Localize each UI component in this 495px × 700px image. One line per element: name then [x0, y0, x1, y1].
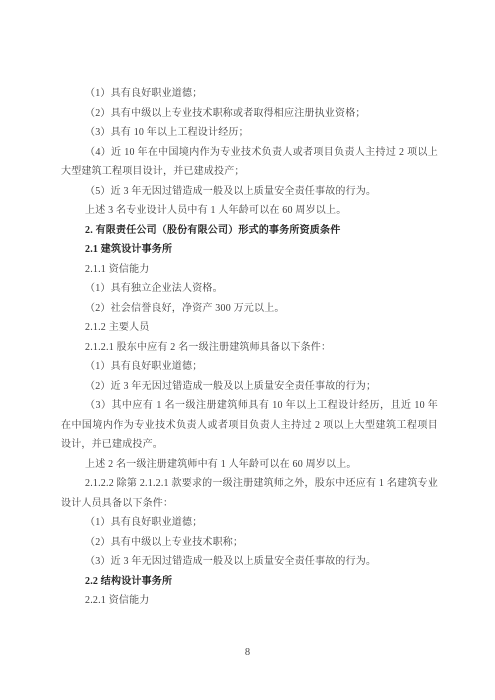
subsection-heading-2-2-1: 2.2.1 资信能力 [61, 591, 438, 611]
clause-item-5: （5）近 3 年无因过错造成一般及以上质量安全责任事故的行为。 [61, 182, 438, 202]
section-heading-2-2: 2.2 结构设计事务所 [61, 572, 438, 592]
clause-item-architect-1: （1）具有良好职业道德； [61, 357, 438, 377]
subsection-heading-2-1-1: 2.1.1 资信能力 [61, 260, 438, 280]
subsection-2-1-2-2: 2.1.2.2 除第 2.1.2.1 款要求的一级注册建筑师之外，股东中还应有 … [61, 474, 438, 513]
subsection-heading-2-1-2: 2.1.2 主要人员 [61, 318, 438, 338]
clause-item-3: （3）具有 10 年以上工程设计经历； [61, 123, 438, 143]
clause-item-credit-2: （2）社会信誉良好，净资产 300 万元以上。 [61, 299, 438, 319]
document-content: （1）具有良好职业道德； （2）具有中级以上专业技术职称或者取得相应注册执业资格… [61, 84, 438, 611]
clause-item-architect-3: （3）其中应有 1 名一级注册建筑师具有 10 年以上工程设计经历，且近 10 … [61, 396, 438, 455]
clause-item-4: （4）近 10 年在中国境内作为专业技术负责人或者项目负责人主持过 2 项以上大… [61, 143, 438, 182]
subsection-2-1-2-1: 2.1.2.1 股东中应有 2 名一级注册建筑师具备以下条件： [61, 338, 438, 358]
clause-item-architect-2: （2）近 3 年无因过错造成一般及以上质量安全责任事故的行为； [61, 377, 438, 397]
clause-item-designer-3: （3）近 3 年无因过错造成一般及以上质量安全责任事故的行为。 [61, 552, 438, 572]
note-age-paragraph-2: 上述 2 名一级注册建筑师中有 1 人年龄可以在 60 周岁以上。 [61, 455, 438, 475]
document-page: （1）具有良好职业道德； （2）具有中级以上专业技术职称或者取得相应注册执业资格… [0, 0, 495, 700]
clause-item-designer-1: （1）具有良好职业道德； [61, 513, 438, 533]
page-number: 8 [0, 647, 495, 658]
clause-item-2: （2）具有中级以上专业技术职称或者取得相应注册执业资格； [61, 104, 438, 124]
clause-item-designer-2: （2）具有中级以上专业技术职称； [61, 533, 438, 553]
clause-item-1: （1）具有良好职业道德； [61, 84, 438, 104]
note-age-paragraph: 上述 3 名专业设计人员中有 1 人年龄可以在 60 周岁以上。 [61, 201, 438, 221]
section-heading-2-1: 2.1 建筑设计事务所 [61, 240, 438, 260]
section-heading-2: 2. 有限责任公司（股份有限公司）形式的事务所资质条件 [61, 221, 438, 241]
clause-item-credit-1: （1）具有独立企业法人资格。 [61, 279, 438, 299]
